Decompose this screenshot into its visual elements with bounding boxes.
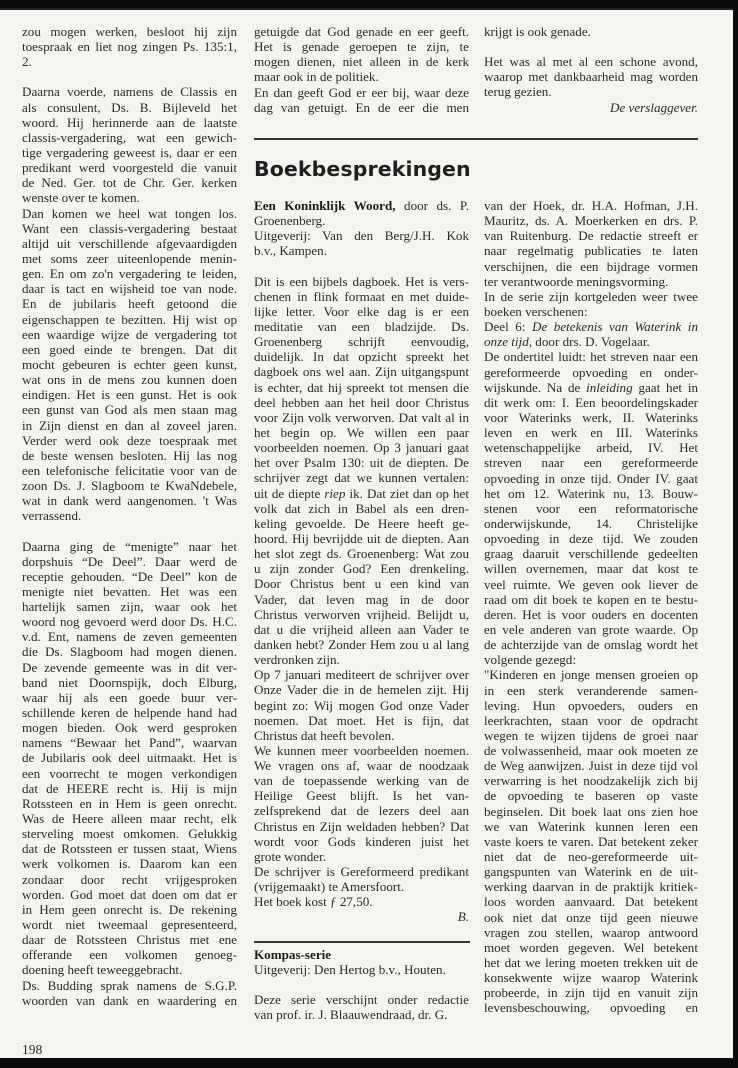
text-line: Heilige Geest blijft. Is het van- — [254, 788, 469, 803]
text-line: Daarna voerde, namens de Classis en — [22, 84, 237, 99]
text-line: ook niet dat onze tijd geen nieuwe — [484, 910, 698, 925]
text-line: is echter, dat hij spreekt tot mensen di… — [254, 380, 469, 395]
text-line: leven en werk en III. Waterinks — [484, 425, 698, 440]
text-line: Het is genade geroepen te zijn, te — [254, 39, 469, 54]
text-line: dagboek ons wel aan. Zijn uitgangspunt — [254, 364, 469, 379]
text-line: graag daaruit verschillende gedeelten — [484, 546, 698, 561]
text-line: Het was al met al een schone avond, — [484, 54, 698, 69]
publisher-line-2: b.v., Kampen. — [254, 243, 469, 258]
text-line: woord nog gevoerd werd door Ds. H.C. — [22, 614, 237, 629]
text-line: maar ook in de politiek. — [254, 69, 469, 84]
text-line: De zevende gemeente was in dit ver- — [22, 660, 237, 675]
text-line: de Weg aanwijzen. Juist in deze tijd vol — [484, 758, 698, 773]
text-line: dat u die vrijheid alleen aan Vader te — [254, 622, 469, 637]
text-line: konsekwente wijze waarop Waterink — [484, 970, 698, 985]
text-line: dorpshuis “De Deel”. Daar werd de — [22, 554, 237, 569]
publisher-line: Uitgeverij: Van den Berg/J.H. Kok — [254, 228, 469, 243]
text-line: het om 12. Waterink nu, 13. Bouw- — [484, 486, 698, 501]
text-line: dat de Rotssteen er tussen staat, Wiens — [22, 841, 237, 856]
text-line: het begin op. We willen een paar — [254, 425, 469, 440]
series-body-col2: Deze serie verschijnt onder redactievan … — [254, 992, 469, 1022]
text-line: toespraak en liet nog zingen Ps. 135:1, — [22, 39, 237, 54]
text-line: vragen zou stellen, waarop antwoord — [484, 925, 698, 940]
text-line: getuigde dat God genade en eer geeft. — [254, 24, 469, 39]
text-line: Christus dat heeft bevolen. — [254, 728, 469, 743]
text-line: voor Waterinks werk, II. Waterinks — [484, 410, 698, 425]
text-line: in Zijn dienst en dan al zoveel jaren. — [22, 418, 237, 433]
text-line: dat de HEERE recht is. Hij is mijn — [22, 781, 237, 796]
text-line: leving. Hun opvoeders, ouders en — [484, 698, 698, 713]
text-line: waar hij als een goede buur ver- — [22, 690, 237, 705]
text-line: deel hebben aan het heil door Christus — [254, 395, 469, 410]
text-line: De schrijver is Gereformeerd predikant — [254, 864, 469, 879]
text-line: volgende gezegd: — [484, 652, 698, 667]
text-line: dit werk om: I. Een beoordelingskader — [484, 395, 698, 410]
text-line: schillende keren de helpende hand had — [22, 705, 237, 720]
magazine-page: zou mogen werken, besloot hij zijntoespr… — [0, 8, 733, 1058]
text-line: woord. Hij herinnerde aan de laatste — [22, 115, 237, 130]
text-line: band niet Doornspijk, doch Elburg, — [22, 675, 237, 690]
text-line: in een sterk veranderende samen- — [484, 683, 698, 698]
column-1-article-continuation: zou mogen werken, besloot hij zijntoespr… — [22, 24, 237, 1008]
text-line: we van Waterink kunnen leren een — [484, 819, 698, 834]
text-line: willen overnemen, maar dat kost te — [484, 561, 698, 576]
text-line: en vele anderen van grote waarde. Op — [484, 622, 698, 637]
text-line: probeerde, in zijn tijd en vanuit zijn — [484, 985, 698, 1000]
text-line: daar is tact en wijsheid toe van node. — [22, 281, 237, 296]
series-publisher: Uitgeverij: Den Hertog b.v., Houten. — [254, 962, 469, 977]
text-line: De ondertitel luidt: het streven naar ee… — [484, 349, 698, 364]
text-line: Groenenberg schrijft eenvoudig, — [254, 334, 469, 349]
text-line: mocht gebeuren is echter geen kunst, — [22, 357, 237, 372]
text-line: een voorrecht te mogen verkondigen — [22, 766, 237, 781]
text-line: Dan komen we heel wat tongen los. — [22, 206, 237, 221]
review-body-riep-line: uit de diepte riep ik. Dat ziet dan op h… — [254, 486, 469, 501]
text-line: zondaar door recht vrijgesproken — [22, 872, 237, 887]
text-line: Dit is een bijbels dagboek. Het is vers- — [254, 274, 469, 289]
text-line: Christus en Zijn weldaden hebben? Dat — [254, 819, 469, 834]
text-line: namens “Bewaar het Pand”, waarvan — [22, 735, 237, 750]
text-line: wetenschappelijke arbeid, IV. Het — [484, 440, 698, 455]
text-line: loos worden aanvaard. Dat betekent — [484, 894, 698, 909]
text-line: menigte niet bevatten. Het was een — [22, 584, 237, 599]
text-line: hoord. Hij bevrijdde uit de diepten. Aan — [254, 531, 469, 546]
text-line: verdronken zijn. — [254, 652, 469, 667]
text-line: een gunst van God als men staan mag — [22, 402, 237, 417]
text-line: gen. En om zo'n vergadering te leiden, — [22, 266, 237, 281]
text-line: mogen bieden. Ook werd gesproken — [22, 720, 237, 735]
text-line: een telefonische felicitatie voor van de — [22, 463, 237, 478]
text-line: raad om dit boek te kopen en te bestu- — [484, 592, 698, 607]
text-line: hartelijk samen zijn, waar ook het — [22, 599, 237, 614]
page-number: 198 — [22, 1042, 42, 1058]
text-line: sterveling moest omkomen. Gelukkig — [22, 826, 237, 841]
text-line: "Kinderen en jonge mensen groeien op — [484, 667, 698, 682]
text-line: opvoeding in onze tijd. Onder IV. gaat — [484, 471, 698, 486]
text-line: zou mogen werken, besloot hij zijn — [22, 24, 237, 39]
text-line: terug gezien. — [484, 84, 698, 99]
text-line: Christus verworven vrijheid. Belijdt u, — [254, 607, 469, 622]
text-line: u zijn zonder God? Een drenkeling. — [254, 561, 469, 576]
text-line: verwarring is het noodzakelijk zich bij — [484, 773, 698, 788]
text-line: de Jubilaris ook deel uitmaakt. Het is — [22, 750, 237, 765]
deel-6-line-2: onze tijd, door drs. D. Vogelaar. — [484, 334, 698, 349]
series-title: Kompas-serie — [254, 947, 469, 962]
text-line: opvoeding in deze tijd. We zouden — [484, 531, 698, 546]
text-line: werking daarvan in de praktijk kritiek- — [484, 879, 698, 894]
text-line: volk dat zich in Babel als een dren- — [254, 501, 469, 516]
text-line: van de toepassende werking van de — [254, 773, 469, 788]
text-line: van prof. ir. J. Blaauwendraad, dr. G. — [254, 1007, 469, 1022]
text-line: moet worden gegeven. Wel betekent — [484, 940, 698, 955]
book-title: Een Koninklijk Woord, — [254, 198, 396, 213]
text-line: met soms zeer uiteenlopende menin- — [22, 251, 237, 266]
text-line: krijgt is ook genade. — [484, 24, 698, 39]
text-line: Mauritz, ds. A. Moerkerken en drs. P. — [484, 213, 698, 228]
text-line: de Ned. Ger. tot de Chr. Ger. kerken — [22, 175, 237, 190]
text-line: beginselen. Dit boek laat ons zien hoe — [484, 804, 698, 819]
text-line: de achterzijde van de omslag wordt het — [484, 637, 698, 652]
text-line: voorbeelden noemen. Op 3 januari gaat — [254, 440, 469, 455]
text-line: offerande een volkomen genoeg- — [22, 947, 237, 962]
review-body-part2: volk dat zich in Babel als een dren-keli… — [254, 501, 469, 895]
text-line: niet dat de neo-gereformeerde uit- — [484, 849, 698, 864]
text-line: leerkrachten, staan voor de opdracht — [484, 713, 698, 728]
book-price: Het boek kost ƒ 27,50. — [254, 894, 469, 909]
text-line: voor Zijn volk verworven. Dat valt al in — [254, 410, 469, 425]
text-line: Verder werd ook deze toespraak met — [22, 433, 237, 448]
text-line: ter verantwoorde meningsvorming. — [484, 274, 698, 289]
text-line: de opvoeding te baseren op vaste — [484, 788, 698, 803]
text-line: levensbeschouwing, opvoeding en — [484, 1000, 698, 1015]
text-line: mogen dienen, niet alleen in de kerk — [254, 54, 469, 69]
text-line: grote wonder. — [254, 849, 469, 864]
text-line: het over Psalm 130: uit de diepten. De — [254, 455, 469, 470]
text-line: vaste koers te varen. Dat betekent zeker — [484, 834, 698, 849]
text-line: Rotssteen en in Hem is geen onrecht. — [22, 796, 237, 811]
text-line: wordt niet tweemaal gepresenteerd, — [22, 917, 237, 932]
text-line: Daarna ging de “menigte” naar het — [22, 539, 237, 554]
text-line: als consulent, Ds. B. Bijleveld het — [22, 100, 237, 115]
text-line: dag van getuigt. En de eer die men — [254, 100, 469, 115]
text-line: in Hem geen onrecht is. De rekening — [22, 902, 237, 917]
text-line: We vragen ons af, waar de noodzaak — [254, 758, 469, 773]
text-line: gereformeerde opvoeding en onder- — [484, 365, 698, 380]
text-line: schrijver zegt dat we kunnen vertalen: — [254, 470, 469, 485]
text-line: In de serie zijn kortgeleden weer twee — [484, 289, 698, 304]
text-line: begint zo: Wij mogen God onze Vader — [254, 698, 469, 713]
text-line: een goed einde te brengen. Dat dit — [22, 342, 237, 357]
text-line: En de jubilaris heeft getoond die — [22, 296, 237, 311]
text-line: wenste over te komen. — [22, 190, 237, 205]
text-line: chenen in flink formaat en met duide- — [254, 289, 469, 304]
text-line: woorden van dank en waardering en — [22, 993, 237, 1008]
text-line: Door Christus bent u een kind van — [254, 576, 469, 591]
text-line: v.d. Ent, namens de zeven gemeenten — [22, 629, 237, 644]
text-line: verschijnen, die een bijdrage vormen — [484, 259, 698, 274]
text-line: receptie gehouden. “De Deel” kon de — [22, 569, 237, 584]
text-line: altijd uit verschillende afgevaardigden — [22, 236, 237, 251]
deel-6-line: Deel 6: De betekenis van Waterink in — [484, 319, 698, 334]
text-line: het slot zegt ds. Groenenberg: Wat zou — [254, 546, 469, 561]
text-line: Onze Vader die in de hemelen zijt. Hij — [254, 682, 469, 697]
text-line: verrassend. — [22, 508, 237, 523]
text-line: naar regelmatig publicaties te laten — [484, 243, 698, 258]
review-koninklijk-woord: Een Koninklijk Woord, door ds. P. Groene… — [254, 198, 469, 925]
text-line: wordt voor Gods kinderen juist het — [254, 834, 469, 849]
text-line: meditatie van een bladzijde. Ds. — [254, 319, 469, 334]
text-line: het dat we lering moeten trekken uit de — [484, 955, 698, 970]
text-line: veel ruimte. We geven ook liever de — [484, 577, 698, 592]
text-line: tige vergadering geweest is, daar er een — [22, 145, 237, 160]
text-line: keling gevoelde. De Heere heeft ge- — [254, 516, 469, 531]
text-line: (vrijgemaakt) te Amersfoort. — [254, 879, 469, 894]
section-heading: Boekbesprekingen — [254, 157, 471, 181]
text-line: eindigen. Het is een gunst. Het is ook — [22, 387, 237, 402]
text-line: Ds. Budding sprak namens de S.G.P. — [22, 978, 237, 993]
text-line: wegen te wijzen tijdens de groei naar — [484, 728, 698, 743]
text-line: Want een classis-vergadering bestaat — [22, 221, 237, 236]
text-line: de beste wensen besloten. Hij las nog — [22, 448, 237, 463]
text-line: een waardige wijze de vergadering tot — [22, 327, 237, 342]
text-line: classis-vergadering, wat een gewich- — [22, 130, 237, 145]
text-line: streven naar een gereformeerde — [484, 455, 698, 470]
text-line: duidelijk. In dat opzicht spreekt het — [254, 349, 469, 364]
text-line: zelfsprekend dat de lezers deel aan — [254, 803, 469, 818]
text-line: van der Hoek, dr. H.A. Hofman, J.H. — [484, 198, 698, 213]
text-line: danken hebt? Zonder Hem zou u al lang — [254, 637, 469, 652]
review-kompas-serie-start: Kompas-serie Uitgeverij: Den Hertog b.v.… — [254, 947, 469, 1023]
column-2-article-end: getuigde dat God genade en eer geeft.Het… — [254, 24, 469, 115]
text-line: van Ruitenburg. De redactie streeft er — [484, 228, 698, 243]
text-line: eigenschappen te bezitten. Hij wist op — [22, 312, 237, 327]
text-line: boeken verschenen: — [484, 304, 698, 319]
text-line: waarop met dankbaarheid mag worden — [484, 69, 698, 84]
column-3-article-end: krijgt is ook genade.Het was al met al e… — [484, 24, 698, 115]
inleiding-line: wijskunde. Na de inleiding gaat het in — [484, 380, 698, 395]
text-line: wat in dank werd aangenomen. 't Was — [22, 493, 237, 508]
text-line: Vader, dat leven mag in de door — [254, 592, 469, 607]
text-line: die Ds. Slagboom had mogen dienen. — [22, 644, 237, 659]
text-line: 2. — [22, 54, 237, 69]
review-divider-rule — [254, 941, 470, 943]
author-line: Groenenberg. — [254, 213, 469, 228]
text-line: stenen voor een reformatorische — [484, 501, 698, 516]
text-line: predikant werd voorgesteld die vanuit — [22, 160, 237, 175]
text-line: Was de Heere alleen maar recht, elk — [22, 811, 237, 826]
text-line: wat ons in de mens zou kunnen doen — [22, 372, 237, 387]
review-kompas-serie-continued: van der Hoek, dr. H.A. Hofman, J.H.Mauri… — [484, 198, 698, 1016]
text-line: doening heeft teweeggebracht. — [22, 962, 237, 977]
article-signature: De verslaggever. — [484, 100, 698, 115]
text-line: de volwassenheid, maar ook moeten ze — [484, 743, 698, 758]
review-title-line: Een Koninklijk Woord, door ds. P. — [254, 198, 469, 213]
text-line: daar de Rotssteen Christus met ene — [22, 932, 237, 947]
section-divider-rule — [254, 138, 698, 140]
text-line: gangspunten van Waterink en de uit- — [484, 864, 698, 879]
text-line: Op 7 januari mediteert de schrijver over — [254, 667, 469, 682]
text-line: zoon Ds. J. Slagboom te KwaNdebele, — [22, 478, 237, 493]
text-line: lijke letter. Voor elke dag is er een — [254, 304, 469, 319]
review-signature: B. — [254, 909, 469, 924]
text-line: deren. Het is voor ouders en docenten — [484, 607, 698, 622]
text-line: werk volkomen is. Daarom kan een — [22, 856, 237, 871]
text-line: worden. God moet dat doen om dat er — [22, 887, 237, 902]
review-body-part1: Dit is een bijbels dagboek. Het is vers-… — [254, 274, 469, 486]
text-line: onderwijskunde, 14. Christelijke — [484, 516, 698, 531]
text-line: noemen. Dat moet. Het is fijn, dat — [254, 713, 469, 728]
text-line: En dan geeft God er eer bij, waar deze — [254, 85, 469, 100]
text-line: We kunnen meer voorbeelden noemen. — [254, 743, 469, 758]
text-line: Deze serie verschijnt onder redactie — [254, 992, 469, 1007]
